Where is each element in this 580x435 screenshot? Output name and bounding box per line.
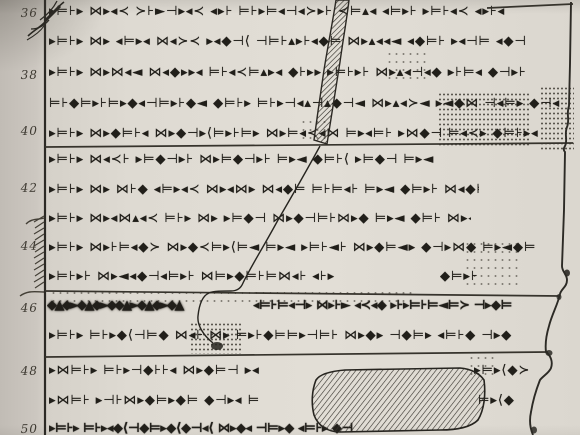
cuneiform-line-36: ▸⊨⊦▸ ⋈▸◂≺ ≻⊦►⊣▸◂≺ ◂▸⊦ ⊨⊦▸⊨◂⊣◂≻▸⊦ ≺⊨▴◂ ◂⊨… bbox=[49, 3, 569, 21]
cuneiform-line-50: ▸⊨⊦▸ ⊨⊦▸◂◆⟨⊣◆⊨▸◆⟨◆⊣◂⟨ ⋈▸◆◂ ⊣⊨▸◆ ◂⊨⊦▸ ◆⊣ bbox=[49, 420, 451, 435]
scanned-tablet-page: 36 38 40 42 44 46 48 50 ▸⊨⊦▸ ⋈▸◂≺ ≻⊦►⊣▸◂… bbox=[0, 0, 580, 435]
cuneiform-line-43: ▸⊨⊦▸ ⋈▸◂⋈▴◂≺ ⊨⊦▸ ⋈▸ ▸⊨◆⊣ ⋈▸◆⊣⊨⊦⋈▸◆ ⊨▸◄ ◆… bbox=[49, 210, 471, 228]
cuneiform-line-49-right: ⊨▸⟨◆ bbox=[478, 392, 530, 410]
left-edge-hatching bbox=[20, 216, 44, 296]
cuneiform-line-40: ▸⊨⊦▸ ⋈▸◆⊨⊦◂ ⋈▸◆⊣▸⟨⊨▸⊦⊨▸ ⋈▸⊨◂≺◂⋈ ⊨▸◂⊨⊦ ▸⋈… bbox=[49, 125, 569, 143]
cuneiform-line-46-damaged: ◆▲◆►◆▲◆►◆◆▲►◆▲◆►◆▲ bbox=[47, 297, 253, 315]
margin-line-number: 44 bbox=[2, 239, 38, 254]
cuneiform-line-37: ▸⊨⊦▸ ⋈▸ ◂⊨▸◂ ⋈◂≻≺ ▸◂◆⊣⟨ ⊣⊨⊦▴▸⊦◂◆⊨ ⋈▸▴◂◂◄… bbox=[49, 33, 569, 51]
cuneiform-line-46: ◂⊨⊦⊨◂⊣▸ ⋈▸⊦► ◂≺◂◆ ▸⊦▸⊨⊦⊨◄⊨≻ ⊣▸◆⊨ bbox=[253, 297, 559, 315]
cuneiform-line-41: ▸⊨⊦▸ ⋈◂≺⊦ ▸⊨◆⊣▸⊦ ⋈▸⊨◆⊣▸⊦ ⊨▸◄ ◆⊨⊦⟨ ▸⊨◆⊣ ⊨… bbox=[49, 151, 437, 169]
cuneiform-line-45-right: ◆⊨▸⊦ bbox=[440, 268, 510, 286]
edge-chip bbox=[531, 427, 537, 434]
cuneiform-line-49: ▸⋈⊨⊦ ▸⊣⊦⋈▸◆⊨▸◆⊨ ◆⊣▸◂ ⊨ bbox=[49, 392, 302, 410]
edge-chip bbox=[564, 270, 570, 277]
margin-line-number: 36 bbox=[2, 6, 38, 21]
cuneiform-line-42: ▸⊨⊦▸ ⋈▸ ⋈⊦◆ ◂⊨▸◂≺ ⋈▸◂⋈▸ ⋈◂◆⊨ ⊨⊦⊨◂⊦ ⊨▸◄ ◆… bbox=[49, 181, 479, 199]
ruling-line bbox=[45, 291, 560, 296]
margin-line-number: 48 bbox=[2, 364, 38, 379]
margin-line-number: 46 bbox=[2, 301, 38, 316]
cuneiform-line-44: ▸⊨⊦▸ ⋈▸⊦⊨◂◆≻ ⋈▸◆≺⊨▸⟨⊨◄ ⊨▸◄ ▸⊨⊦◄⊦ ⋈▸◆⊨◄▸ … bbox=[49, 239, 557, 257]
margin-line-number: 50 bbox=[2, 422, 38, 435]
cuneiform-line-48-right: ▸⊨▸⟨◆≻ bbox=[474, 362, 538, 380]
ruling-line bbox=[45, 352, 548, 357]
cuneiform-line-39: ⊨⊦◆⊨▸⊦⊨▸◆◂⊣⊨▸⊦◆◄ ◆⊨⊦▸ ⊨⊦▸⊣◂▴⊣▴◆⊣◄ ⋈▸▴◂≻◄… bbox=[49, 95, 569, 113]
edge-chip bbox=[546, 350, 553, 356]
margin-line-number: 38 bbox=[2, 68, 38, 83]
cuneiform-line-38: ▸⊨⊦▸ ⋈▸⋈◂◄ ⋈◂◆▸▸◂ ⊨⊦◂≺⊨▴▸◂ ◆⊦▸▸ ▸⊨⊦▸⊦ ⋈▸… bbox=[49, 64, 569, 82]
cuneiform-line-48: ▸⋈⊨⊦▸ ⊨⊦▸⊣◆⊦⊦◂ ⋈▸◆⊨⊣ ▸◂ bbox=[49, 362, 312, 380]
cuneiform-line-47: ▸⊨⊦▸ ⊨⊦▸◆⟨⊣⊨◆ ⋈◂⊦ ⋈▸ ⊨▸⊦◆⊨⊨▸⊣⊨⊦ ⋈▸◆▸ ⊣◆⊨… bbox=[49, 327, 554, 345]
margin-line-number: 40 bbox=[2, 124, 38, 139]
cuneiform-line-45: ▸⊨⊦▸⊦ ⋈▸◄◂◆⊣◂⊨▸⊦ ⋈⊨▸◆⊨⊦⊨⋈◂⊦ ◂⊦▸ ⊨◂◆ bbox=[49, 268, 335, 286]
margin-line-number: 42 bbox=[2, 181, 38, 196]
ruling-line bbox=[45, 143, 573, 147]
